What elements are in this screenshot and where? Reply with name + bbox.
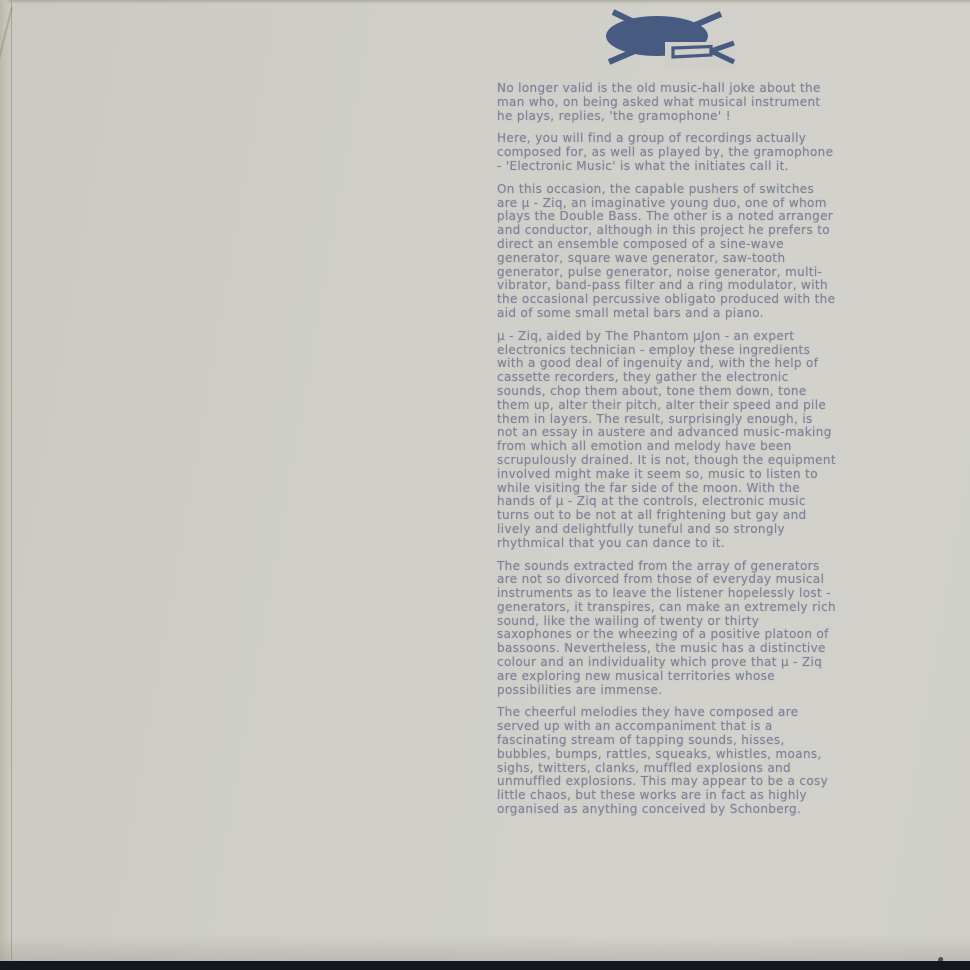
- liner-notes-column: No longer valid is the old music-hall jo…: [497, 82, 837, 826]
- record-label-bug-logo: [595, 5, 735, 70]
- liner-paragraph-3: On this occasion, the capable pushers of…: [497, 183, 837, 321]
- sleeve-left-fold-edge: [0, 0, 12, 970]
- sleeve-bottom-shading: [0, 935, 970, 961]
- record-sleeve-back: No longer valid is the old music-hall jo…: [0, 0, 970, 970]
- liner-paragraph-6: The cheerful melodies they have composed…: [497, 706, 837, 816]
- liner-paragraph-4: µ - Ziq, aided by The Phantom µJon - an …: [497, 330, 837, 551]
- sleeve-top-edge: [0, 0, 970, 4]
- liner-paragraph-2: Here, you will find a group of recording…: [497, 132, 837, 173]
- liner-paragraph-1: No longer valid is the old music-hall jo…: [497, 82, 837, 123]
- liner-paragraph-5: The sounds extracted from the array of g…: [497, 560, 837, 698]
- sleeve-bottom-shadow: [0, 961, 970, 970]
